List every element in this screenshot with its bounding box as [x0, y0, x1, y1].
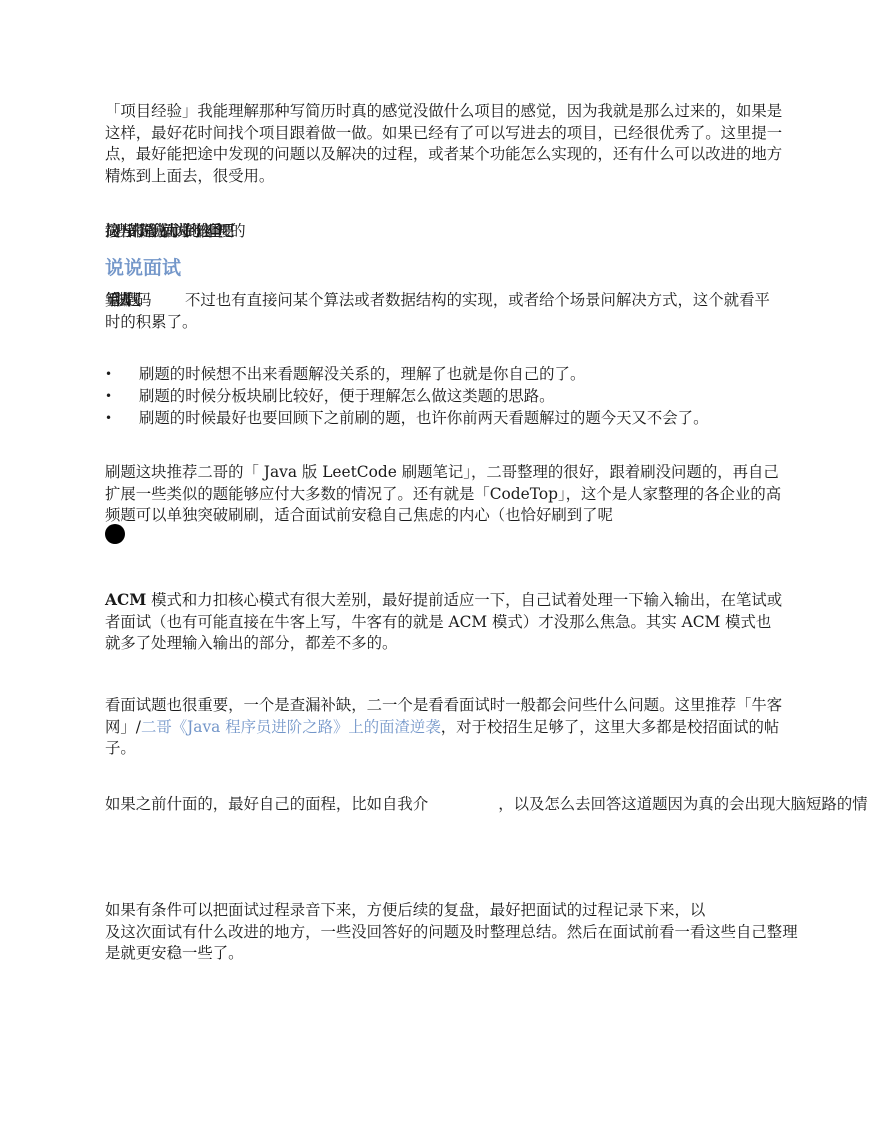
leetcode-paragraph: 刷题这块推荐二哥的「 Java 版 LeetCode 刷题笔记」，二哥整理的很好…	[105, 462, 785, 527]
acm-paragraph: ACM 模式和力扣核心模式有很大差别，最好提前适应一下，自己试着处理一下输入输出…	[105, 590, 785, 655]
self-intro-line: 如果之前什面的，最好自己的面程，比如自我介，以及怎么去回答这道题因为真的会出现大…	[105, 794, 884, 816]
overlap-word-3: 笔试题	[105, 290, 136, 312]
project-experience-paragraph: 「项目经验」我能理解那种写简历时真的感觉没做什么项目的感觉，因为我就是那么过来的…	[105, 101, 785, 187]
list-item: •刷题的时候最好也要回顾下之前刷的题，也许你前两天看题解过的题今天又不会了。	[105, 407, 805, 429]
recording-paragraph: 如果有条件可以把面试过程录音下来，方便后续的复盘，最好把面试的过程记录下来，以 …	[105, 900, 884, 965]
list-item: •刷题的时候分板块刷比较好，便于理解怎么做这类题的思路。	[105, 385, 805, 407]
bullet-icon: •	[105, 363, 112, 385]
bullet-icon: •	[105, 407, 112, 429]
algorithm-rest: 不过也有直接问某个算法或者数据结构的实现，或者给个场景问解决方式，这个就看平时的…	[105, 291, 770, 331]
filled-circle-icon	[105, 524, 125, 544]
overlap-text-3: 接下来说说面试的准备	[105, 219, 219, 241]
overlapping-text-line: 这些都是我认为比较重要的 简历的部分就说到这里吧 接下来说说面试的准备	[105, 219, 295, 241]
bullet-icon: •	[105, 385, 112, 407]
acm-rest: 模式和力扣核心模式有很大差别，最好提前适应一下，自己试着处理一下输入输出，在笔试…	[105, 591, 782, 652]
interview-guide-link[interactable]: 二哥《Java 程序员进阶之路》上的面渣逆袭	[141, 718, 441, 736]
practice-tips-list: •刷题的时候想不出来看题解没关系的，理解了也就是你自己的了。 •刷题的时候分板块…	[105, 363, 805, 429]
algorithm-overlap: 算法题 手撕代码 笔试题	[105, 290, 185, 310]
algorithm-paragraph: 算法题 手撕代码 笔试题 不过也有直接问某个算法或者数据结构的实现，或者给个场景…	[105, 290, 785, 333]
list-item: •刷题的时候想不出来看题解没关系的，理解了也就是你自己的了。	[105, 363, 805, 385]
interview-questions-paragraph: 看面试题也很重要，一个是查漏补缺，二一个是看看面试时一般都会问些什么问题。这里推…	[105, 695, 785, 760]
section-heading-interview: 说说面试	[105, 253, 181, 280]
acm-bold: ACM	[105, 591, 146, 609]
